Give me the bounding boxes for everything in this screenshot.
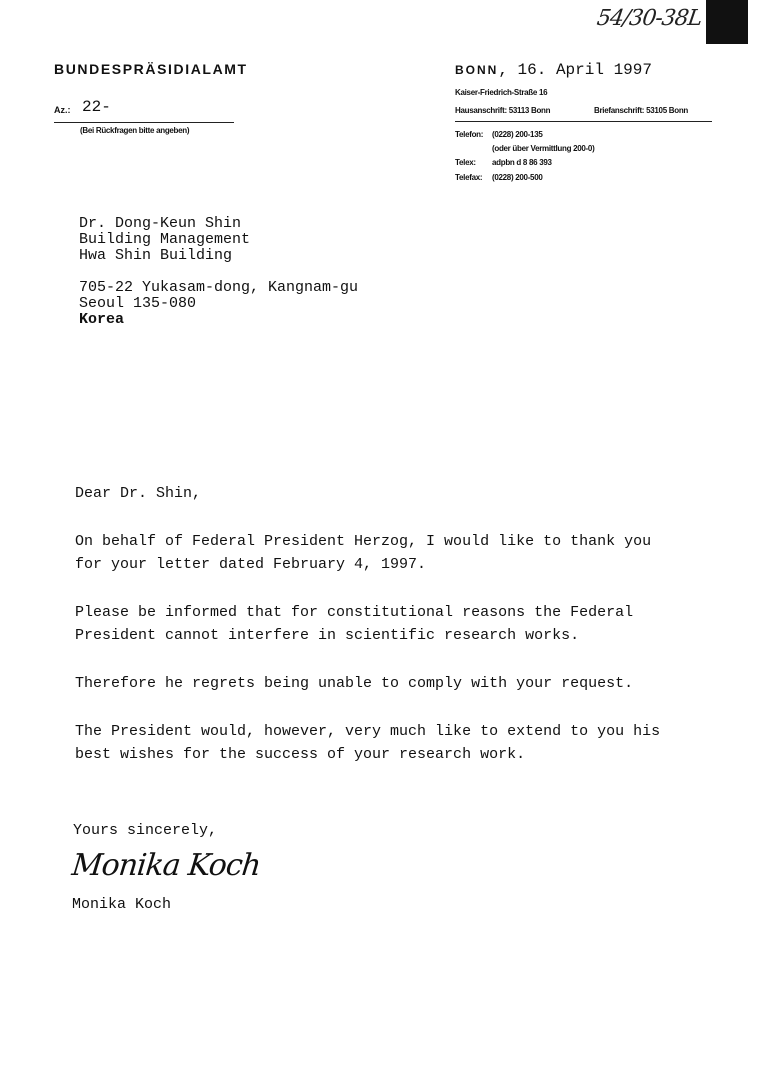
recipient-name: Dr. Dong-Keun Shin	[79, 216, 358, 232]
street-address: Kaiser-Friedrich-Straße 16	[455, 88, 547, 97]
house-address: Hausanschrift: 53113 Bonn	[455, 106, 550, 115]
paragraph: On behalf of Federal President Herzog, I…	[75, 530, 715, 576]
salutation: Dear Dr. Shin,	[75, 482, 715, 505]
telex: Telex:adpbn d 8 86 393	[455, 158, 552, 167]
handwritten-signature: Monika Koch	[70, 848, 262, 883]
reference-label: Az.:	[54, 105, 71, 115]
recipient-department: Building Management	[79, 232, 358, 248]
letterhead-divider	[455, 121, 712, 122]
recipient-street: 705-22 Yukasam-dong, Kangnam-gu	[79, 280, 358, 296]
closing: Yours sincerely,	[73, 822, 217, 839]
handwritten-reference-note: 54/30-38L	[595, 6, 703, 31]
recipient-address: Dr. Dong-Keun Shin Building Management H…	[79, 216, 358, 328]
office-name: BUNDESPRÄSIDIALAMT	[54, 61, 248, 77]
place-date-line: BONN, 16. April 1997	[455, 61, 652, 79]
letter-body: Dear Dr. Shin, On behalf of Federal Pres…	[75, 482, 715, 791]
recipient-city: Seoul 135-080	[79, 296, 358, 312]
reference-divider	[54, 122, 234, 123]
letter-date: 16. April 1997	[518, 61, 652, 79]
recipient-country: Korea	[79, 312, 358, 328]
signer-name: Monika Koch	[72, 896, 171, 913]
recipient-building: Hwa Shin Building	[79, 248, 358, 264]
postal-address: Briefanschrift: 53105 Bonn	[594, 106, 688, 115]
telephone-note: (oder über Vermittlung 200-0)	[492, 144, 594, 153]
city: BONN	[455, 63, 498, 77]
telephone: Telefon:(0228) 200-135	[455, 130, 543, 139]
reference-number: 22-	[82, 98, 111, 116]
paragraph: Therefore he regrets being unable to com…	[75, 672, 715, 695]
paragraph: Please be informed that for constitution…	[75, 601, 715, 647]
reference-hint: (Bei Rückfragen bitte angeben)	[80, 126, 189, 135]
paragraph: The President would, however, very much …	[75, 720, 715, 766]
telefax: Telefax:(0228) 200-500	[455, 173, 543, 182]
redaction-box	[706, 0, 748, 44]
